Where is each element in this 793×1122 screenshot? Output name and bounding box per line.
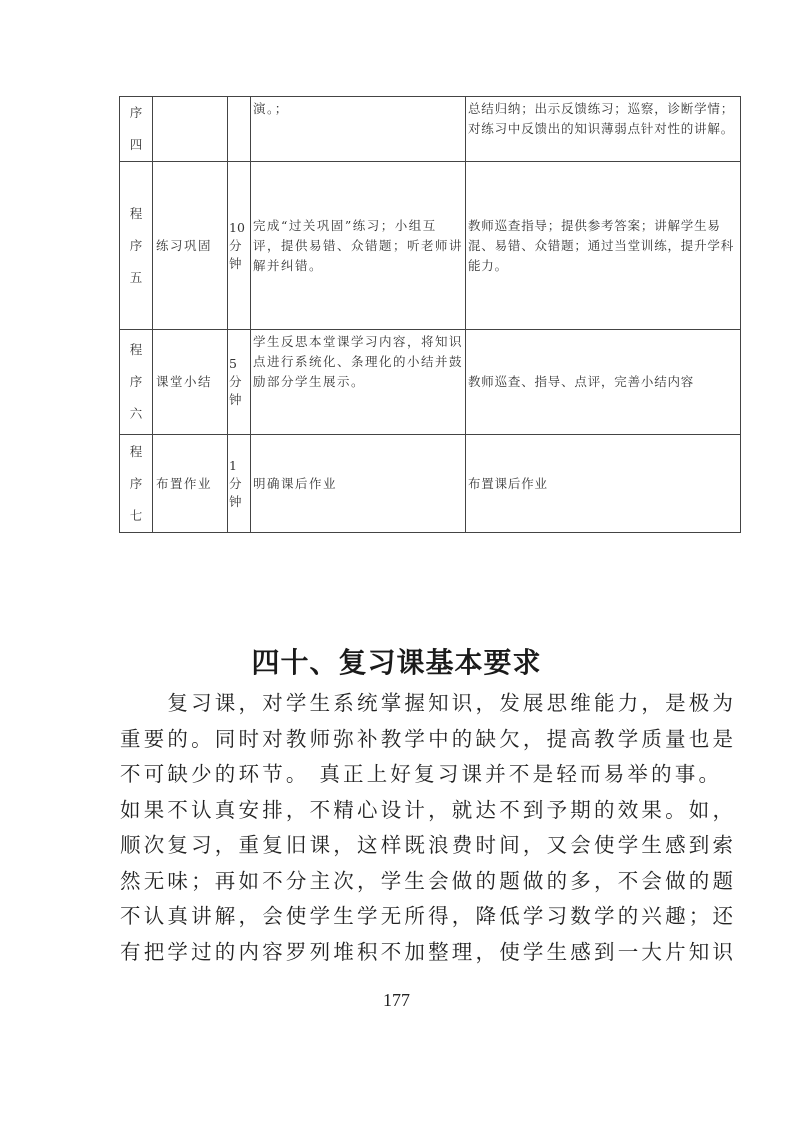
page-number: 177	[0, 990, 793, 1011]
student-activity-cell: 明确课后作业	[251, 435, 466, 533]
stage-cell: 程 序 六	[120, 330, 153, 435]
stage-char: 六	[120, 398, 152, 430]
student-activity-cell: 完成“过关巩固”练习；小组互评，提供易错、众错题；听老师讲解并纠错。	[251, 162, 466, 330]
stage-char: 程	[120, 334, 152, 366]
step-name-cell: 练习巩固	[153, 162, 228, 330]
stage-char: 程	[120, 436, 152, 468]
teacher-activity-cell: 教师巡查指导；提供参考答案；讲解学生易混、易错、众错题；通过当堂训练，提升学科能…	[466, 162, 741, 330]
table-row: 序 四 演。； 总结归纳；出示反馈练习；巡察，诊断学情；对练习中反馈出的知识薄弱…	[120, 97, 741, 162]
time-cell	[228, 97, 251, 162]
stage-char: 序	[120, 97, 152, 129]
stage-cell: 序 四	[120, 97, 153, 162]
step-name-cell: 课堂小结	[153, 330, 228, 435]
stage-char: 七	[120, 500, 152, 532]
table-row: 程 序 七 布置作业 1分钟 明确课后作业 布置课后作业	[120, 435, 741, 533]
stage-char: 序	[120, 468, 152, 500]
stage-char: 序	[120, 366, 152, 398]
stage-cell: 程 序 七	[120, 435, 153, 533]
step-name-cell	[153, 97, 228, 162]
teacher-activity-cell: 总结归纳；出示反馈练习；巡察，诊断学情；对练习中反馈出的知识薄弱点针对性的讲解。	[466, 97, 741, 162]
paragraph-line: 然无味；再如不分主次，学生会做的题做的多，不会做的题	[120, 864, 690, 900]
table-row: 程 序 六 课堂小结 5分钟 学生反思本堂课学习内容，将知识点进行系统化、条理化…	[120, 330, 741, 435]
table-row: 程 序 五 练习巩固 10分钟 完成“过关巩固”练习；小组互评，提供易错、众错题…	[120, 162, 741, 330]
stage-cell: 程 序 五	[120, 162, 153, 330]
student-activity-cell: 演。；	[251, 97, 466, 162]
body-paragraph: 复习课，对学生系统掌握知识，发展思维能力，是极为 重要的。同时对教师弥补教学中的…	[120, 686, 690, 970]
student-activity-cell: 学生反思本堂课学习内容，将知识点进行系统化、条理化的小结并鼓励部分学生展示。	[251, 330, 466, 435]
stage-char: 四	[120, 129, 152, 161]
paragraph-line: 有把学过的内容罗列堆积不加整理，使学生感到一大片知识	[120, 935, 690, 971]
paragraph-line: 顺次复习，重复旧课，这样既浪费时间，又会使学生感到索	[120, 828, 690, 864]
time-cell: 5分钟	[228, 330, 251, 435]
stage-char: 五	[120, 262, 152, 294]
teacher-activity-cell: 布置课后作业	[466, 435, 741, 533]
stage-char: 序	[120, 230, 152, 262]
teacher-activity-cell: 教师巡查、指导、点评，完善小结内容	[466, 330, 741, 435]
time-cell: 10分钟	[228, 162, 251, 330]
stage-char: 程	[120, 198, 152, 230]
step-name-cell: 布置作业	[153, 435, 228, 533]
lesson-procedure-table: 序 四 演。； 总结归纳；出示反馈练习；巡察，诊断学情；对练习中反馈出的知识薄弱…	[119, 96, 741, 533]
paragraph-line: 不可缺少的环节。 真正上好复习课并不是轻而易举的事。	[120, 757, 690, 793]
paragraph-line: 重要的。同时对教师弥补教学中的缺欠，提高教学质量也是	[120, 722, 690, 758]
paragraph-line: 复习课，对学生系统掌握知识，发展思维能力，是极为	[120, 686, 690, 722]
paragraph-line: 不认真讲解，会使学生学无所得，降低学习数学的兴趣；还	[120, 899, 690, 935]
section-title: 四十、复习课基本要求	[0, 641, 793, 681]
paragraph-line: 如果不认真安排，不精心设计，就达不到予期的效果。如，	[120, 793, 690, 829]
time-cell: 1分钟	[228, 435, 251, 533]
